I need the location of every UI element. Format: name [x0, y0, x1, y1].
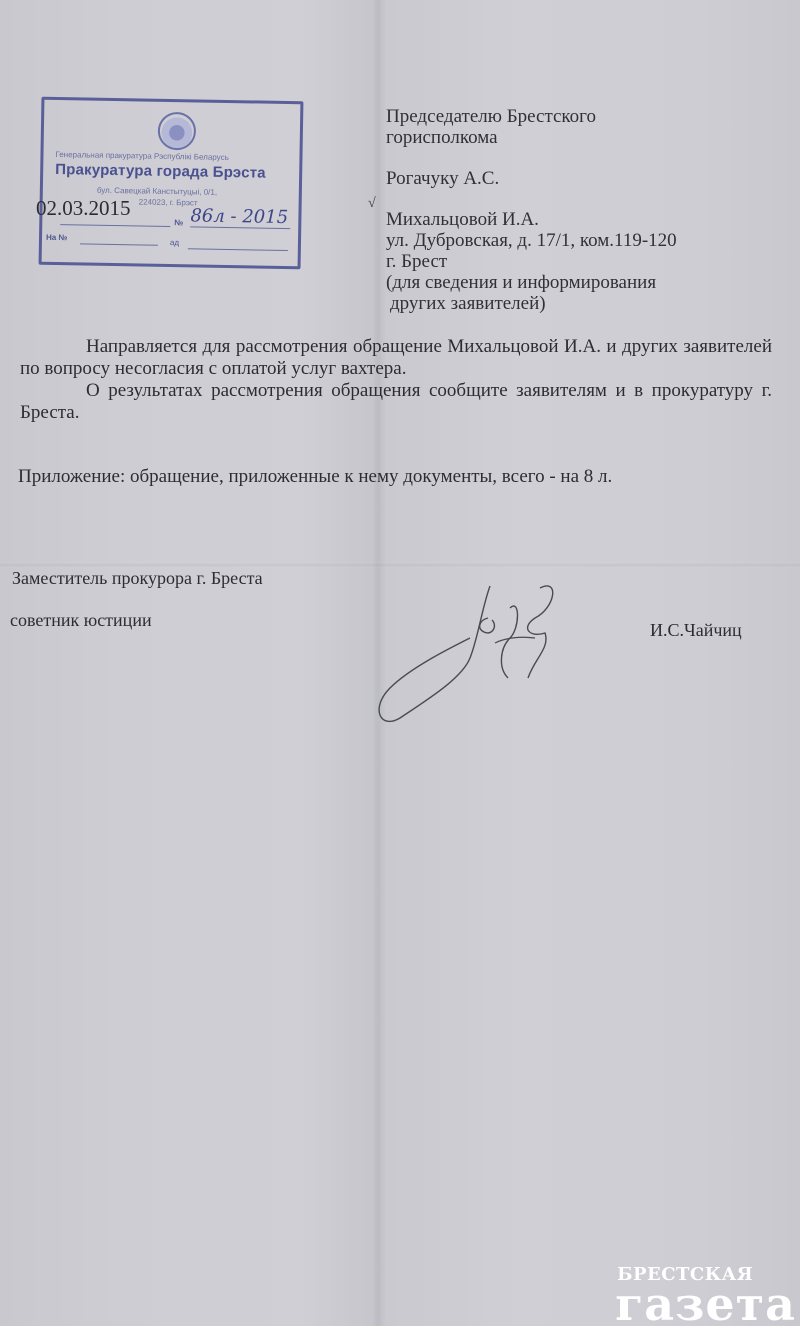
stamp-address-line2: 224023, г. Брэст: [139, 197, 198, 207]
recipient-name: Рогачуку А.С.: [386, 168, 677, 189]
recipient-title-line1: Председателю Брестского: [386, 106, 677, 127]
addressee-block: Председателю Брестского горисполкома Рог…: [386, 106, 677, 314]
signatory-rank: советник юстиции: [10, 610, 152, 631]
stamp-org-name: Пракуратура горада Брэста: [55, 161, 266, 182]
body-paragraph-1: Направляется для рассмотрения обращение …: [20, 336, 772, 380]
signatory-position: Заместитель прокурора г. Бреста: [12, 568, 263, 589]
stamp-reference-label: На №: [46, 233, 68, 242]
stamp-number-value: 86л - 2015: [190, 205, 290, 229]
stamp-date-line: [60, 224, 170, 227]
check-mark-icon: √: [368, 196, 376, 212]
copy-to-address: ул. Дубровская, д. 17/1, ком.119-120: [386, 230, 677, 251]
stamp-from-line: [188, 248, 288, 251]
signatory-name: И.С.Чайчиц: [650, 620, 742, 641]
copy-note-line2: других заявителей): [386, 293, 677, 314]
body-paragraph-2: О результатах рассмотрения обращения соо…: [20, 380, 772, 424]
letter-body: Направляется для рассмотрения обращение …: [20, 336, 772, 424]
stamp-reference-line: [80, 243, 158, 245]
stamp-number-label: №: [174, 218, 183, 227]
newspaper-watermark-logo: БРЕСТСКАЯ газета: [615, 1266, 796, 1324]
stamp-org-parent: Генеральная пракуратура Рэспублікі Белар…: [55, 150, 228, 162]
recipient-title-line2: горисполкома: [386, 127, 677, 148]
watermark-line2: газета: [615, 1284, 796, 1324]
coat-of-arms-icon: [158, 112, 197, 151]
stamp-from-label: ад: [170, 238, 179, 247]
copy-to-name: Михальцовой И.А.: [386, 209, 677, 230]
attachment-note: Приложение: обращение, приложенные к нем…: [18, 466, 774, 488]
recipient-name-block: Рогачуку А.С.: [386, 168, 677, 189]
copy-to-block: Михальцовой И.А. ул. Дубровская, д. 17/1…: [386, 209, 677, 314]
copy-to-city: г. Брест: [386, 251, 677, 272]
document-date: 02.03.2015: [36, 196, 131, 221]
recipient-title: Председателю Брестского горисполкома: [386, 106, 677, 148]
handwritten-signature-icon: [370, 578, 590, 728]
copy-note-line1: (для сведения и информирования: [386, 272, 677, 293]
registration-stamp: Генеральная пракуратура Рэспублікі Белар…: [39, 97, 304, 270]
